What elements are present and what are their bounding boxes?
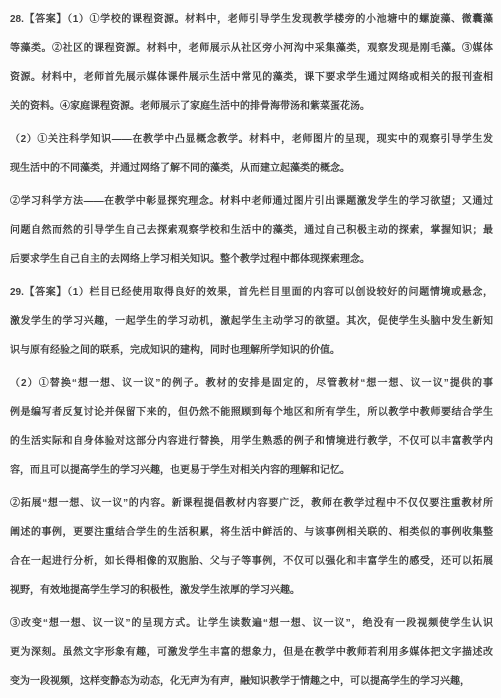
text-line: 例是编写者反复讨论并保留下来的，但仍然不能照顾到每个地区和所有学生，所以教学中教… (10, 398, 493, 427)
text-line: 变为一段视频，这样变静态为动态，化无声为有声，融知识教学于情趣之中，可以提高学生… (10, 667, 493, 696)
text-line: 识与原有经验之间的联系，完成知识的建构，同时也理解所学知识的价值。 (10, 336, 493, 365)
text-line: （2）①关注科学知识——在教学中凸显概念教学。材料中，老师图片的呈现，现实中的观… (10, 125, 493, 154)
text-line: 29.【答案】（1）栏目已经使用取得良好的效果，首先栏目里面的内容可以创设较好的… (10, 278, 493, 307)
answer-paragraph-q29-1: 29.【答案】（1）栏目已经使用取得良好的效果，首先栏目里面的内容可以创设较好的… (10, 278, 493, 365)
answer-paragraph-q28-1: 28.【答案】（1）①学校的课程资源。材料中，老师引导学生发现教学楼旁的小池塘中… (10, 5, 493, 121)
text-line: 更为深刻。虽然文字形象有趣，可激发学生丰富的想象力，但是在教学中教师若利用多媒体… (10, 638, 493, 667)
text-line: 阐述的事例，更要注重结合学生的生活积累，将生活中鲜活的、与该事例相关联的、相类似… (10, 518, 493, 547)
text-line: 等藻类。②社区的课程资源。材料中，老师展示从社区旁小河沟中采集藻类，观察发现是刚… (10, 34, 493, 63)
text-line: ②拓展“想一想、议一议”的内容。新课程提倡教材内容要广泛，教师在教学过程中不仅仅… (10, 489, 493, 518)
text-line: 后要求学生自己自主的去网络上学习相关知识。整个教学过程中都体现探索理念。 (10, 245, 493, 274)
text-line: 的生活实际和自身体验对这部分内容进行替换，用学生熟悉的例子和情境进行教学，不仅可… (10, 427, 493, 456)
text-line: 合在一起进行分析，如长得相像的双胞胎、父与子等事例，不仅可以强化和丰富学生的感受… (10, 547, 493, 576)
text-line: （2）①替换“想一想、议一议”的例子。教材的安排是固定的，尽管教材“想一想、议一… (10, 369, 493, 398)
text-line: 资源。材料中，老师首先展示媒体课件展示生活中常见的藻类，课下要求学生通过网络或相… (10, 63, 493, 92)
text-line: ②学习科学方法——在教学中彰显探究理念。材料中老师通过图片引出课题激发学生的学习… (10, 187, 493, 216)
answer-key-document: 28.【答案】（1）①学校的课程资源。材料中，老师引导学生发现教学楼旁的小池塘中… (0, 0, 501, 698)
text-line: 28.【答案】（1）①学校的课程资源。材料中，老师引导学生发现教学楼旁的小池塘中… (10, 5, 493, 34)
text-line: 关的资料。④家庭课程资源。老师展示了家庭生活中的排骨海带汤和紫菜蛋花汤。 (10, 92, 493, 121)
answer-paragraph-q28-2b: ②学习科学方法——在教学中彰显探究理念。材料中老师通过图片引出课题激发学生的学习… (10, 187, 493, 274)
answer-paragraph-q29-2a: （2）①替换“想一想、议一议”的例子。教材的安排是固定的，尽管教材“想一想、议一… (10, 369, 493, 485)
text-line: 激发学生的学习兴趣，一起学生的学习动机，激起学生主动学习的欲望。其次，促使学生头… (10, 307, 493, 336)
answer-paragraph-q29-2c: ③改变“想一想、议一议”的呈现方式。让学生读数遍“想一想、议一议”，绝没有一段视… (10, 609, 493, 696)
text-line: ③改变“想一想、议一议”的呈现方式。让学生读数遍“想一想、议一议”，绝没有一段视… (10, 609, 493, 638)
answer-paragraph-q29-2b: ②拓展“想一想、议一议”的内容。新课程提倡教材内容要广泛，教师在教学过程中不仅仅… (10, 489, 493, 605)
text-line: 问题自然而然的引导学生自己去探索观察学校和生活中的藻类，通过自己积极主动的探索，… (10, 216, 493, 245)
text-line: 现生活中的不同藻类，并通过网络了解不同的藻类，从而建立起藻类的概念。 (10, 154, 493, 183)
text-line: 视野，有效地提高学生学习的积极性，激发学生浓厚的学习兴趣。 (10, 576, 493, 605)
answer-paragraph-q28-2a: （2）①关注科学知识——在教学中凸显概念教学。材料中，老师图片的呈现，现实中的观… (10, 125, 493, 183)
text-line: 容，而且可以提高学生的学习兴趣，也更易于学生对相关内容的理解和记忆。 (10, 456, 493, 485)
